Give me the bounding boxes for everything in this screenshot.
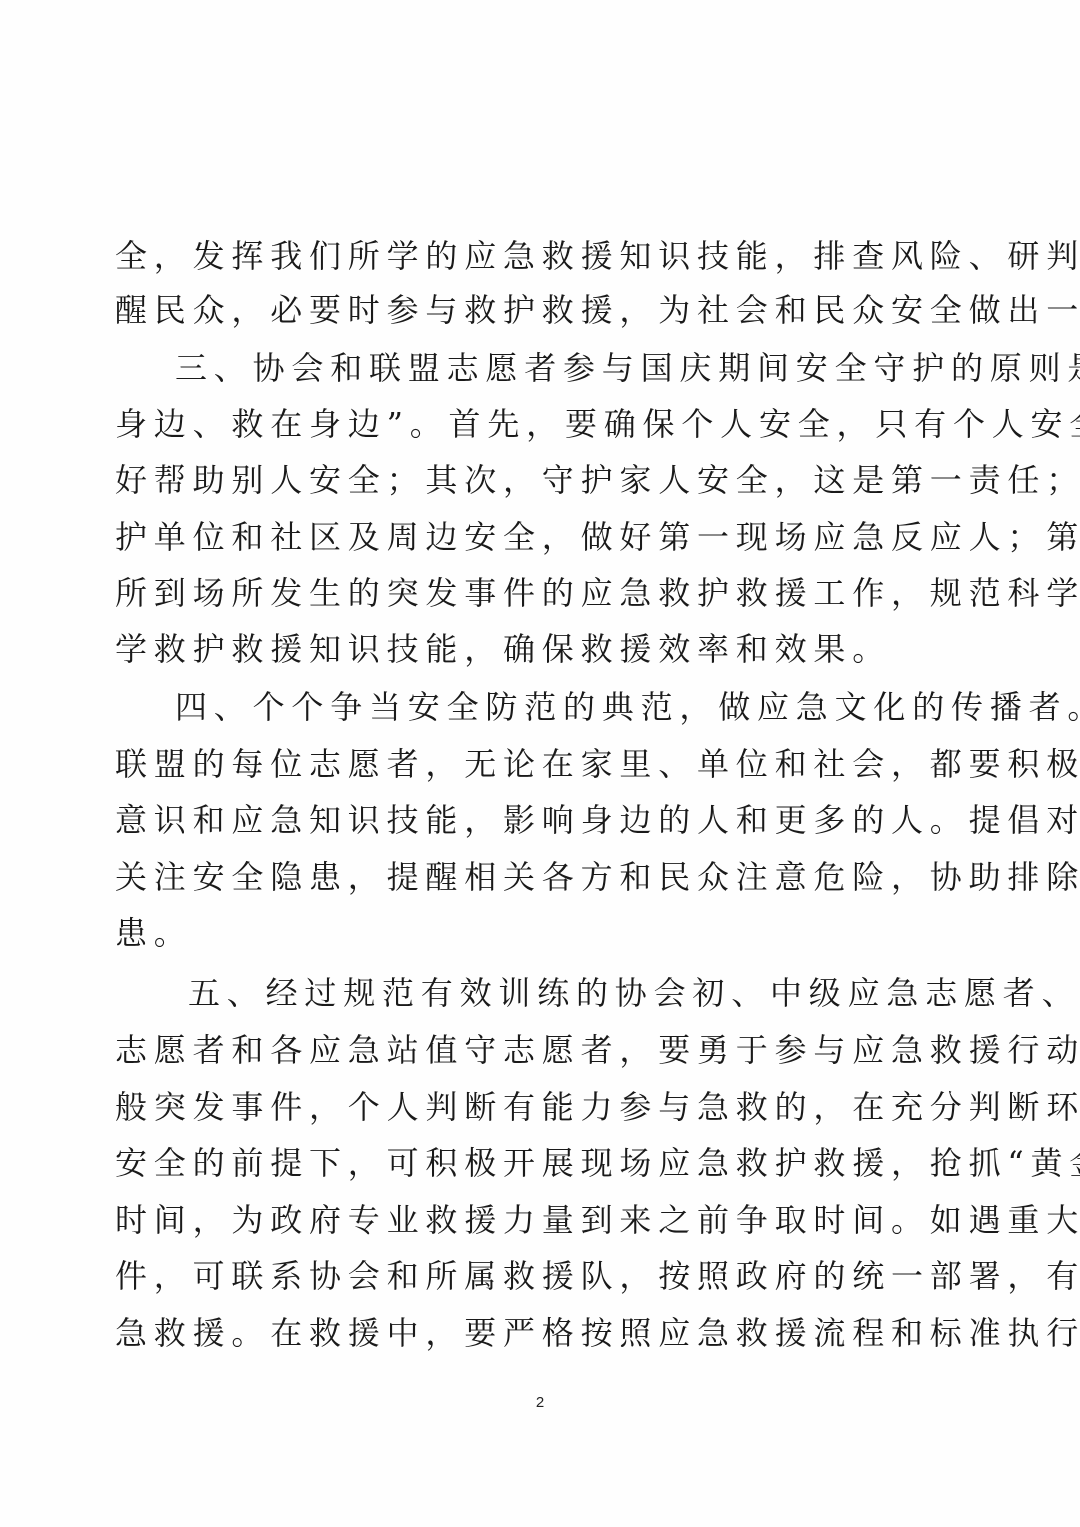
page-number: 2 — [520, 1394, 560, 1411]
text-line: 急救援。在救援中，要严格按照应急救援流程和标准执行。 — [115, 1306, 975, 1360]
text-line: 意识和应急知识技能，影响身边的人和更多的人。提倡对所到之处 — [115, 793, 975, 847]
text-line: 身边、救在身边”。首先，要确保个人安全，只有个人安全才能更 — [115, 397, 975, 451]
text-line: 关注安全隐患，提醒相关各方和民众注意危险，协助排除安全隐 — [115, 850, 975, 904]
text-line: 志愿者和各应急站值守志愿者，要勇于参与应急救援行动。如遇一 — [115, 1023, 975, 1077]
paragraph-3-heading-line: 三、协会和联盟志愿者参与国庆期间安全守护的原则是“就在 — [175, 341, 1035, 395]
text-line: 联盟的每位志愿者，无论在家里、单位和社会，都要积极传播安全 — [115, 737, 975, 791]
text-line: 时间，为政府专业救援力量到来之前争取时间。如遇重大突发事 — [115, 1193, 975, 1247]
paragraph-4-heading-line: 四、个个争当安全防范的典范，做应急文化的传播者。协会和 — [175, 680, 1035, 734]
text-line: 所到场所发生的突发事件的应急救护救援工作，规范科学地运用所 — [115, 566, 975, 620]
text-line: 护单位和社区及周边安全，做好第一现场应急反应人；第四，参与 — [115, 510, 975, 564]
paragraph-5-heading-line: 五、经过规范有效训练的协会初、中级应急志愿者、各联盟 — [188, 966, 1048, 1020]
text-line: 学救护救援知识技能，确保救援效率和效果。 — [115, 622, 975, 676]
document-page: 全，发挥我们所学的应急救援知识技能，排查风险、研判预判、提 醒民众，必要时参与救… — [0, 0, 1080, 1527]
text-line: 醒民众，必要时参与救护救援，为社会和民众安全做出一份贡献！ — [115, 283, 975, 337]
text-line: 安全的前提下，可积极开展现场应急救护救援，抢抓“黄金救援” — [115, 1136, 975, 1190]
text-line: 全，发挥我们所学的应急救援知识技能，排查风险、研判预判、提 — [115, 229, 975, 283]
text-line: 患。 — [115, 906, 975, 960]
text-line: 好帮助别人安全；其次，守护家人安全，这是第一责任；第三，守 — [115, 453, 975, 507]
text-line: 件，可联系协会和所属救援队，按照政府的统一部署，有序参与应 — [115, 1249, 975, 1303]
text-line: 般突发事件，个人判断有能力参与急救的，在充分判断环境和个人 — [115, 1080, 975, 1134]
